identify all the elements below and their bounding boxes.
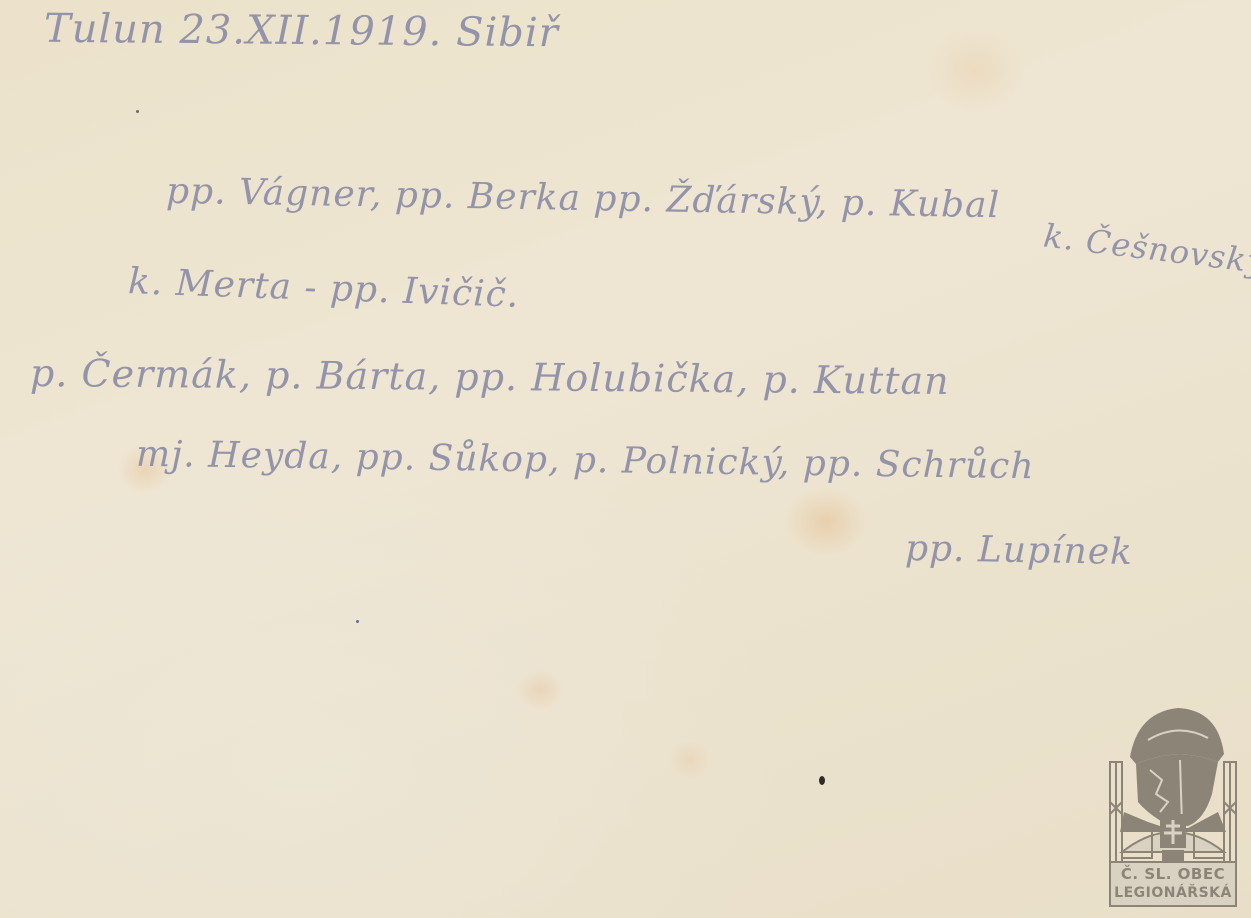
ink-speck (356, 620, 359, 623)
names-line-5: pp. Lupínek (905, 528, 1134, 573)
legion-watermark-logo: Č. SL. OBEC LEGIONÁŘSKÁ (1108, 702, 1238, 908)
names-line-1b: k. Češnovský (1042, 217, 1251, 282)
names-line-4: mj. Heyda, pp. Sůkop, p. Polnický, pp. S… (136, 434, 1035, 488)
ink-speck (136, 110, 139, 113)
document-page: Tulun 23.XII.1919. Sibiř pp. Vágner, pp.… (0, 0, 1251, 918)
names-line-2: k. Merta - pp. Ivičič. (127, 261, 520, 316)
header-date-place: Tulun 23.XII.1919. Sibiř (44, 6, 559, 56)
watermark-line-1: Č. SL. OBEC (1112, 865, 1234, 883)
ink-speck (819, 776, 825, 785)
names-line-3: p. Čermák, p. Bárta, pp. Holubička, p. K… (30, 351, 950, 403)
names-line-1: pp. Vágner, pp. Berka pp. Žďárský, p. Ku… (166, 171, 1001, 227)
watermark-line-2: LEGIONÁŘSKÁ (1112, 885, 1234, 901)
